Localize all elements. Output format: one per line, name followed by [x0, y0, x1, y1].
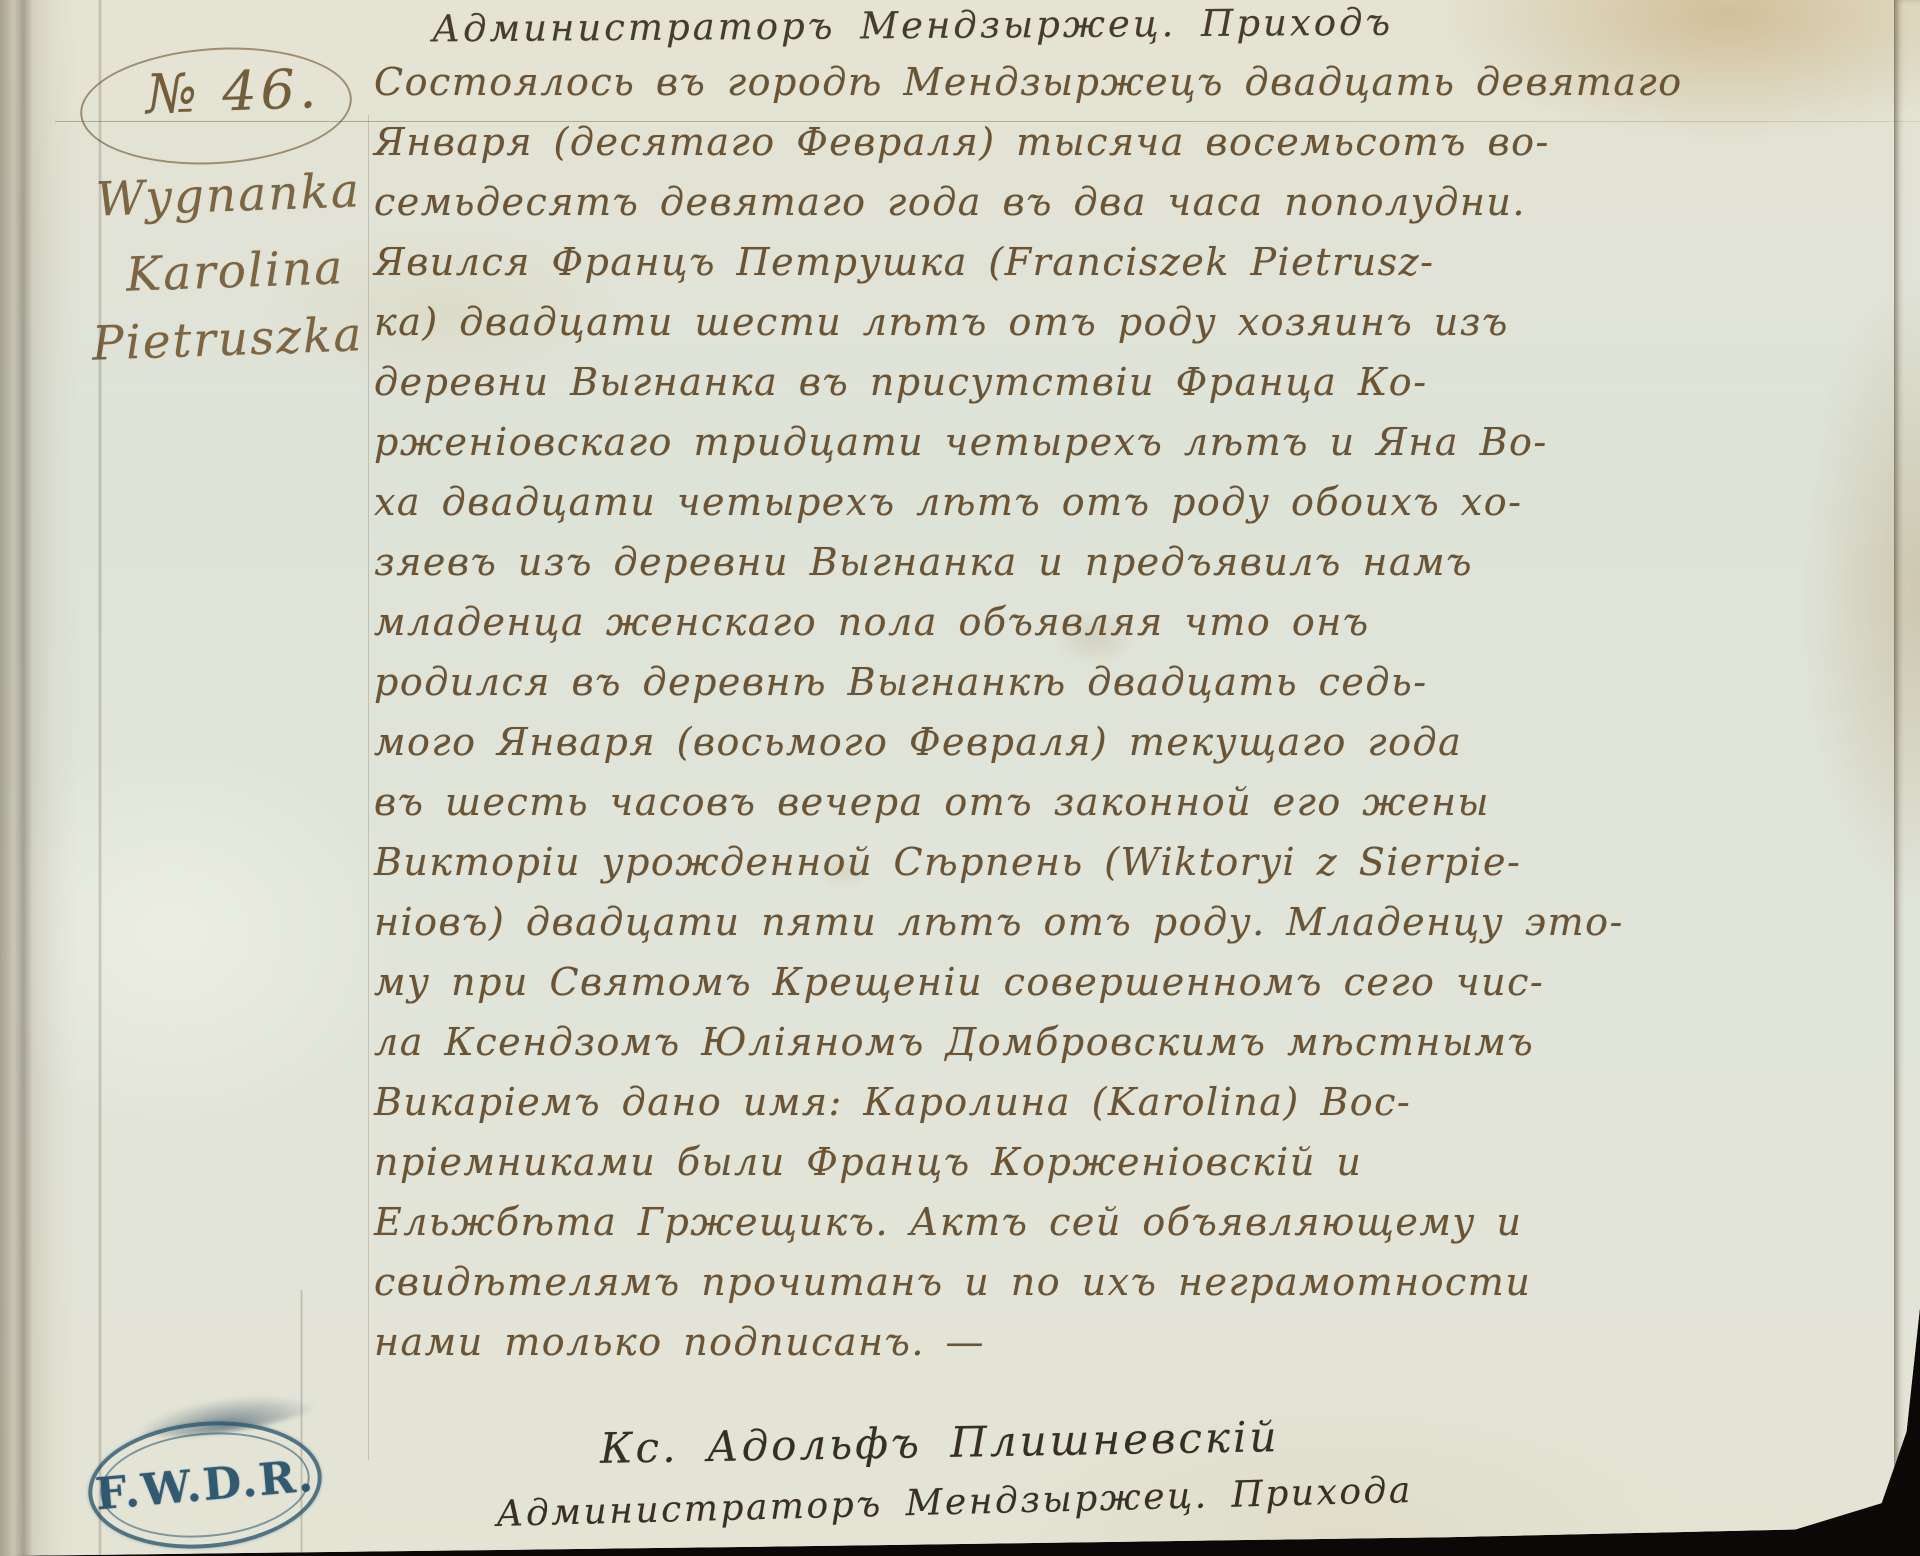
- record-text-line: рженіовскаго тридцати четырехъ лѣтъ и Ян…: [374, 412, 1914, 472]
- record-number: № 46.: [117, 56, 349, 127]
- archive-oval-stamp: F.W.D.R.: [83, 1412, 327, 1556]
- record-text-line: родился въ деревнѣ Выгнанкѣ двадцать сед…: [374, 652, 1914, 712]
- margin-name-village: Wygnanka: [95, 163, 362, 227]
- record-text-line: Ельжбѣта Гржещикъ. Актъ сей объявляющему…: [374, 1192, 1914, 1252]
- register-page: № 46. Wygnanka Karolina Pietruszka Админ…: [0, 0, 1920, 1556]
- record-text-line: въ шесть часовъ вечера отъ законной его …: [374, 772, 1914, 832]
- header-annotation: Администраторъ Мендзыржец. Приходъ: [432, 1, 1393, 51]
- record-text-line: семьдесятъ девятаго года въ два часа поп…: [374, 172, 1914, 232]
- record-text-line: ка) двадцати шести лѣтъ отъ роду хозяинъ…: [374, 292, 1914, 352]
- record-text-line: свидѣтелямъ прочитанъ и по ихъ неграмотн…: [374, 1252, 1914, 1312]
- record-text-line: Викаріемъ дано имя: Каролина (Karolina) …: [374, 1072, 1914, 1132]
- record-text-line: му при Святомъ Крещеніи совершенномъ сег…: [374, 952, 1914, 1012]
- record-text-line: ніовъ) двадцати пяти лѣтъ отъ роду. Млад…: [374, 892, 1914, 952]
- record-text-line: Викторіи урожденной Сѣрпень (Wiktoryi z …: [374, 832, 1914, 892]
- priest-signature: Кс. Адольфъ Плишневскій: [600, 1412, 1280, 1473]
- record-text-line: мого Января (восьмого Февраля) текущаго …: [374, 712, 1914, 772]
- record-body-text: Состоялось въ городѣ Мендзыржецъ двадцат…: [374, 52, 1914, 1372]
- record-text-line: Состоялось въ городѣ Мендзыржецъ двадцат…: [374, 52, 1914, 112]
- administrator-signature: Администраторъ Мендзыржец. Прихода: [496, 1470, 1414, 1535]
- record-text-line: деревни Выгнанка въ присутствіи Франца К…: [374, 352, 1914, 412]
- margin-name-first-name: Karolina: [125, 240, 345, 303]
- book-gutter-shadow: [0, 0, 78, 1556]
- margin-divider-line: [368, 115, 369, 1460]
- record-text-line: зяевъ изъ деревни Выгнанка и предъявилъ …: [374, 532, 1914, 592]
- binding-crease: [98, 0, 102, 1556]
- record-text-line: нами только подписанъ. —: [374, 1312, 1914, 1372]
- record-text-line: Января (десятаго Февраля) тысяча восемьс…: [374, 112, 1914, 172]
- record-text-line: ха двадцати четырехъ лѣтъ отъ роду обоих…: [374, 472, 1914, 532]
- stamp-text: F.W.D.R.: [93, 1450, 316, 1520]
- page-fold-crease: [300, 1290, 303, 1556]
- stamp-inner-ring: F.W.D.R.: [96, 1424, 314, 1546]
- record-text-line: пріемниками были Францъ Корженіовскій и: [374, 1132, 1914, 1192]
- record-text-line: младенца женскаго пола объявляя что онъ: [374, 592, 1914, 652]
- record-text-line: ла Ксендзомъ Юліяномъ Домбровскимъ мѣстн…: [374, 1012, 1914, 1072]
- margin-name-surname: Pietruszka: [91, 307, 364, 371]
- record-text-line: Явился Францъ Петрушка (Franciszek Pietr…: [374, 232, 1914, 292]
- scanned-register-photo: { "page": { "header": "Администраторъ Ме…: [0, 0, 1920, 1556]
- page-stack-edge: [1894, 0, 1920, 1494]
